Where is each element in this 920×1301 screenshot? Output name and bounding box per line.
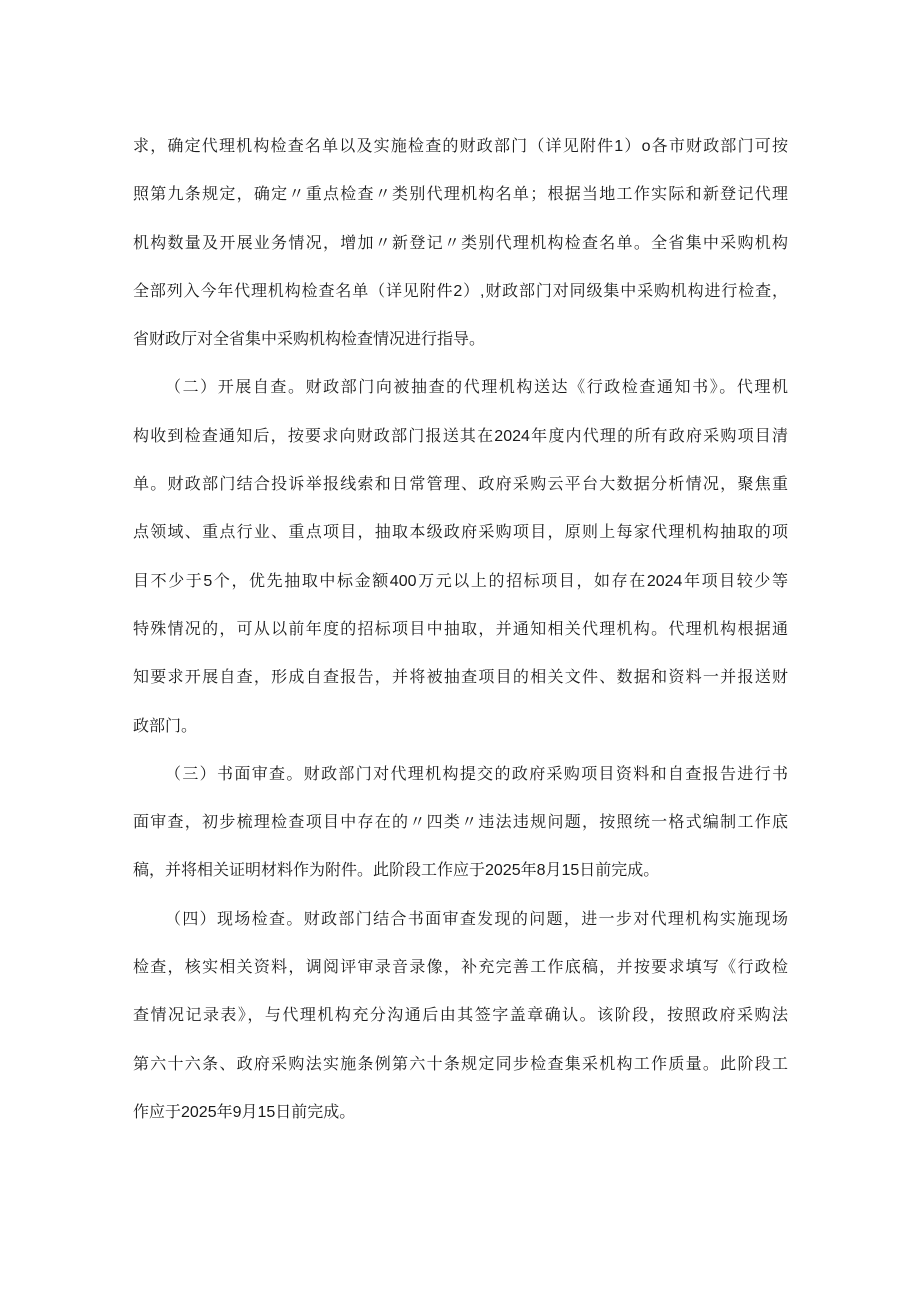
text-line: 点领域、重点行业、重点项目，抽取本级政府采购项目，原则上每家代理机构抽取的项 bbox=[133, 509, 788, 557]
text-line: 求，确定代理机构检查名单以及实施检查的财政部门（详见附件1）o各市财政部门可按 bbox=[133, 123, 788, 171]
text-line: 机构数量及开展业务情况，增加〃新登记〃类别代理机构检查名单。全省集中采购机构 bbox=[133, 220, 788, 268]
text-line: 查情况记录表》，与代理机构充分沟通后由其签字盖章确认。该阶段，按照政府采购法 bbox=[133, 992, 788, 1040]
text-line: 构收到检查通知后，按要求向财政部门报送其在2024年度内代理的所有政府采购项目清 bbox=[133, 413, 788, 461]
text-line: （二）开展自查。财政部门向被抽查的代理机构送达《行政检查通知书》。代理机 bbox=[133, 364, 788, 412]
text-line: 作应于2025年9月15日前完成。 bbox=[133, 1089, 788, 1137]
document-body: 求，确定代理机构检查名单以及实施检查的财政部门（详见附件1）o各市财政部门可按照… bbox=[133, 123, 788, 1137]
text-line: 第六十六条、政府采购法实施条例第六十条规定同步检查集采机构工作质量。此阶段工 bbox=[133, 1041, 788, 1089]
text-line: 政部门。 bbox=[133, 703, 788, 751]
paragraph: 求，确定代理机构检查名单以及实施检查的财政部门（详见附件1）o各市财政部门可按照… bbox=[133, 123, 788, 364]
paragraph: （四）现场检查。财政部门结合书面审查发现的问题，进一步对代理机构实施现场检查，核… bbox=[133, 896, 788, 1137]
text-line: 照第九条规定，确定〃重点检查〃类别代理机构名单；根据当地工作实际和新登记代理 bbox=[133, 171, 788, 219]
paragraph: （三）书面审查。财政部门对代理机构提交的政府采购项目资料和自查报告进行书面审查，… bbox=[133, 751, 788, 896]
text-line: 单。财政部门结合投诉举报线索和日常管理、政府采购云平台大数据分析情况，聚焦重 bbox=[133, 461, 788, 509]
text-line: 省财政厅对全省集中采购机构检查情况进行指导。 bbox=[133, 316, 788, 364]
text-line: （三）书面审查。财政部门对代理机构提交的政府采购项目资料和自查报告进行书 bbox=[133, 751, 788, 799]
text-line: 目不少于5个，优先抽取中标金额400万元以上的招标项目，如存在2024年项目较少… bbox=[133, 558, 788, 606]
text-line: 面审查，初步梳理检查项目中存在的〃四类〃违法违规问题，按照统一格式编制工作底 bbox=[133, 799, 788, 847]
text-line: 检查，核实相关资料，调阅评审录音录像，补充完善工作底稿，并按要求填写《行政检 bbox=[133, 944, 788, 992]
document-page: 求，确定代理机构检查名单以及实施检查的财政部门（详见附件1）o各市财政部门可按照… bbox=[0, 0, 920, 1301]
text-line: 特殊情况的，可从以前年度的招标项目中抽取，并通知相关代理机构。代理机构根据通 bbox=[133, 606, 788, 654]
paragraph: （二）开展自查。财政部门向被抽查的代理机构送达《行政检查通知书》。代理机构收到检… bbox=[133, 364, 788, 750]
text-line: 稿，并将相关证明材料作为附件。此阶段工作应于2025年8月15日前完成。 bbox=[133, 847, 788, 895]
text-line: 全部列入今年代理机构检查名单（详见附件2）,财政部门对同级集中采购机构进行检查， bbox=[133, 268, 788, 316]
text-line: （四）现场检查。财政部门结合书面审查发现的问题，进一步对代理机构实施现场 bbox=[133, 896, 788, 944]
text-line: 知要求开展自查，形成自查报告，并将被抽查项目的相关文件、数据和资料一并报送财 bbox=[133, 654, 788, 702]
